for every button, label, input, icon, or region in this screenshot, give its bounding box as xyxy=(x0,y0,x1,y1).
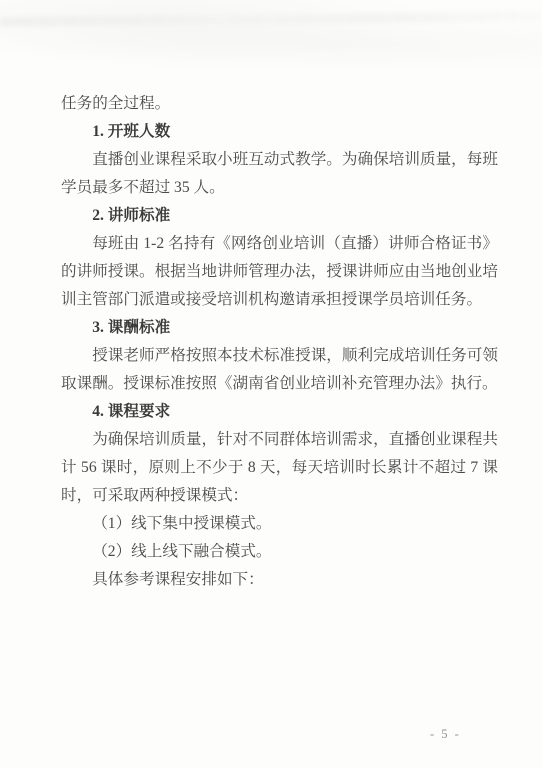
paragraph-section-2: 每班由 1-2 名持有《网络创业培训（直播）讲师合格证书》的讲师授课。根据当地讲… xyxy=(61,230,498,314)
paragraph-schedule-intro: 具体参考课程安排如下： xyxy=(61,566,498,594)
scanned-document-page: 任务的全过程。 1. 开班人数 直播创业课程采取小班互动式教学。为确保培训质量，… xyxy=(0,0,542,768)
heading-section-3: 3. 课酬标准 xyxy=(61,314,498,342)
paragraph-section-4: 为确保培训质量，针对不同群体培训需求，直播创业课程共计 56 课时，原则上不少于… xyxy=(61,426,498,510)
paragraph-continuation: 任务的全过程。 xyxy=(61,90,498,118)
page-number: - 5 - xyxy=(430,726,461,742)
scan-artifact xyxy=(0,11,542,27)
heading-section-2: 2. 讲师标准 xyxy=(61,202,498,230)
heading-section-4: 4. 课程要求 xyxy=(61,398,498,426)
list-item-mode-2: （2）线上线下融合模式。 xyxy=(61,538,498,566)
paragraph-section-3: 授课老师严格按照本技术标准授课，顺利完成培训任务可领取课酬。授课标准按照《湖南省… xyxy=(61,342,498,398)
list-item-mode-1: （1）线下集中授课模式。 xyxy=(61,510,498,538)
document-body: 任务的全过程。 1. 开班人数 直播创业课程采取小班互动式教学。为确保培训质量，… xyxy=(61,90,498,594)
paragraph-section-1: 直播创业课程采取小班互动式教学。为确保培训质量，每班学员最多不超过 35 人。 xyxy=(61,146,498,202)
heading-section-1: 1. 开班人数 xyxy=(61,118,498,146)
